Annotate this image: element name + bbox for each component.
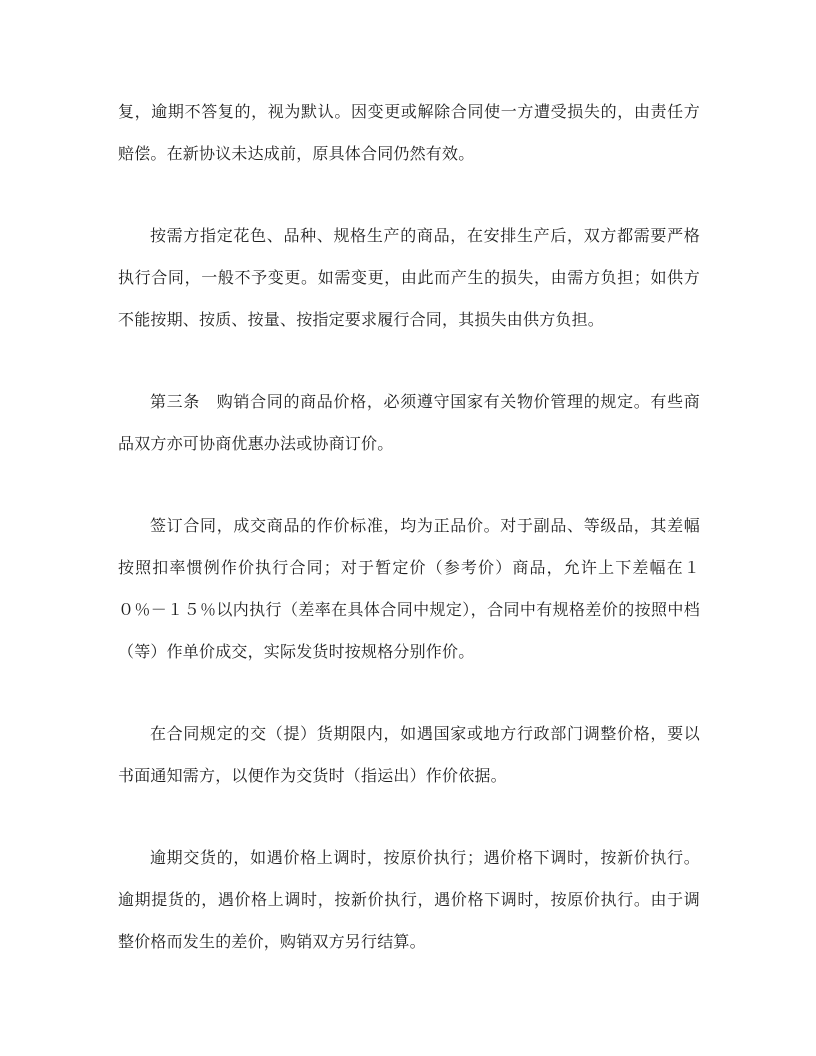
paragraph-continuation: 复，逾期不答复的，视为默认。因变更或解除合同使一方遭受损失的，由责任方赔偿。在新… [118,92,700,176]
paragraph-pricing-standard: 签订合同，成交商品的作价标准，均为正品价。对于副品、等级品，其差幅按照扣率惯例作… [118,506,700,674]
document-page: 复，逾期不答复的，视为默认。因变更或解除合同使一方遭受损失的，由责任方赔偿。在新… [0,0,816,1056]
document-body: 复，逾期不答复的，视为默认。因变更或解除合同使一方遭受损失的，由责任方赔偿。在新… [118,92,700,964]
paragraph-overdue-delivery-pricing: 逾期交货的，如遇价格上调时，按原价执行；遇价格下调时，按新价执行。逾期提货的，遇… [118,838,700,964]
paragraph-price-adjustment-notice: 在合同规定的交（提）货期限内，如遇国家或地方行政部门调整价格，要以书面通知需方，… [118,714,700,798]
paragraph-change-liability: 按需方指定花色、品种、规格生产的商品，在安排生产后，双方都需要严格执行合同，一般… [118,216,700,342]
paragraph-article-3-price: 第三条 购销合同的商品价格，必须遵守国家有关物价管理的规定。有些商品双方亦可协商… [118,382,700,466]
